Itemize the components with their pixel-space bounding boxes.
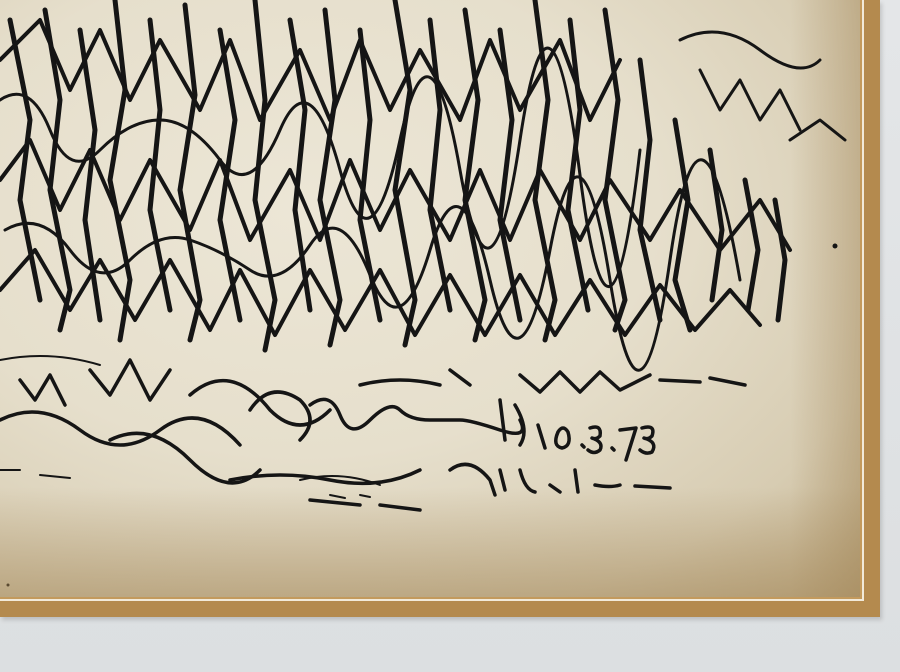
mat-bevel: 10.3.73 …endorf 10.3.73 [0, 0, 864, 601]
picture-frame: 10.3.73 …endorf 10.3.73 [0, 0, 880, 617]
drawing-paper: 10.3.73 …endorf 10.3.73 [0, 0, 860, 597]
ink-drawing [0, 0, 860, 597]
frame-molding: 10.3.73 …endorf 10.3.73 [0, 0, 864, 601]
